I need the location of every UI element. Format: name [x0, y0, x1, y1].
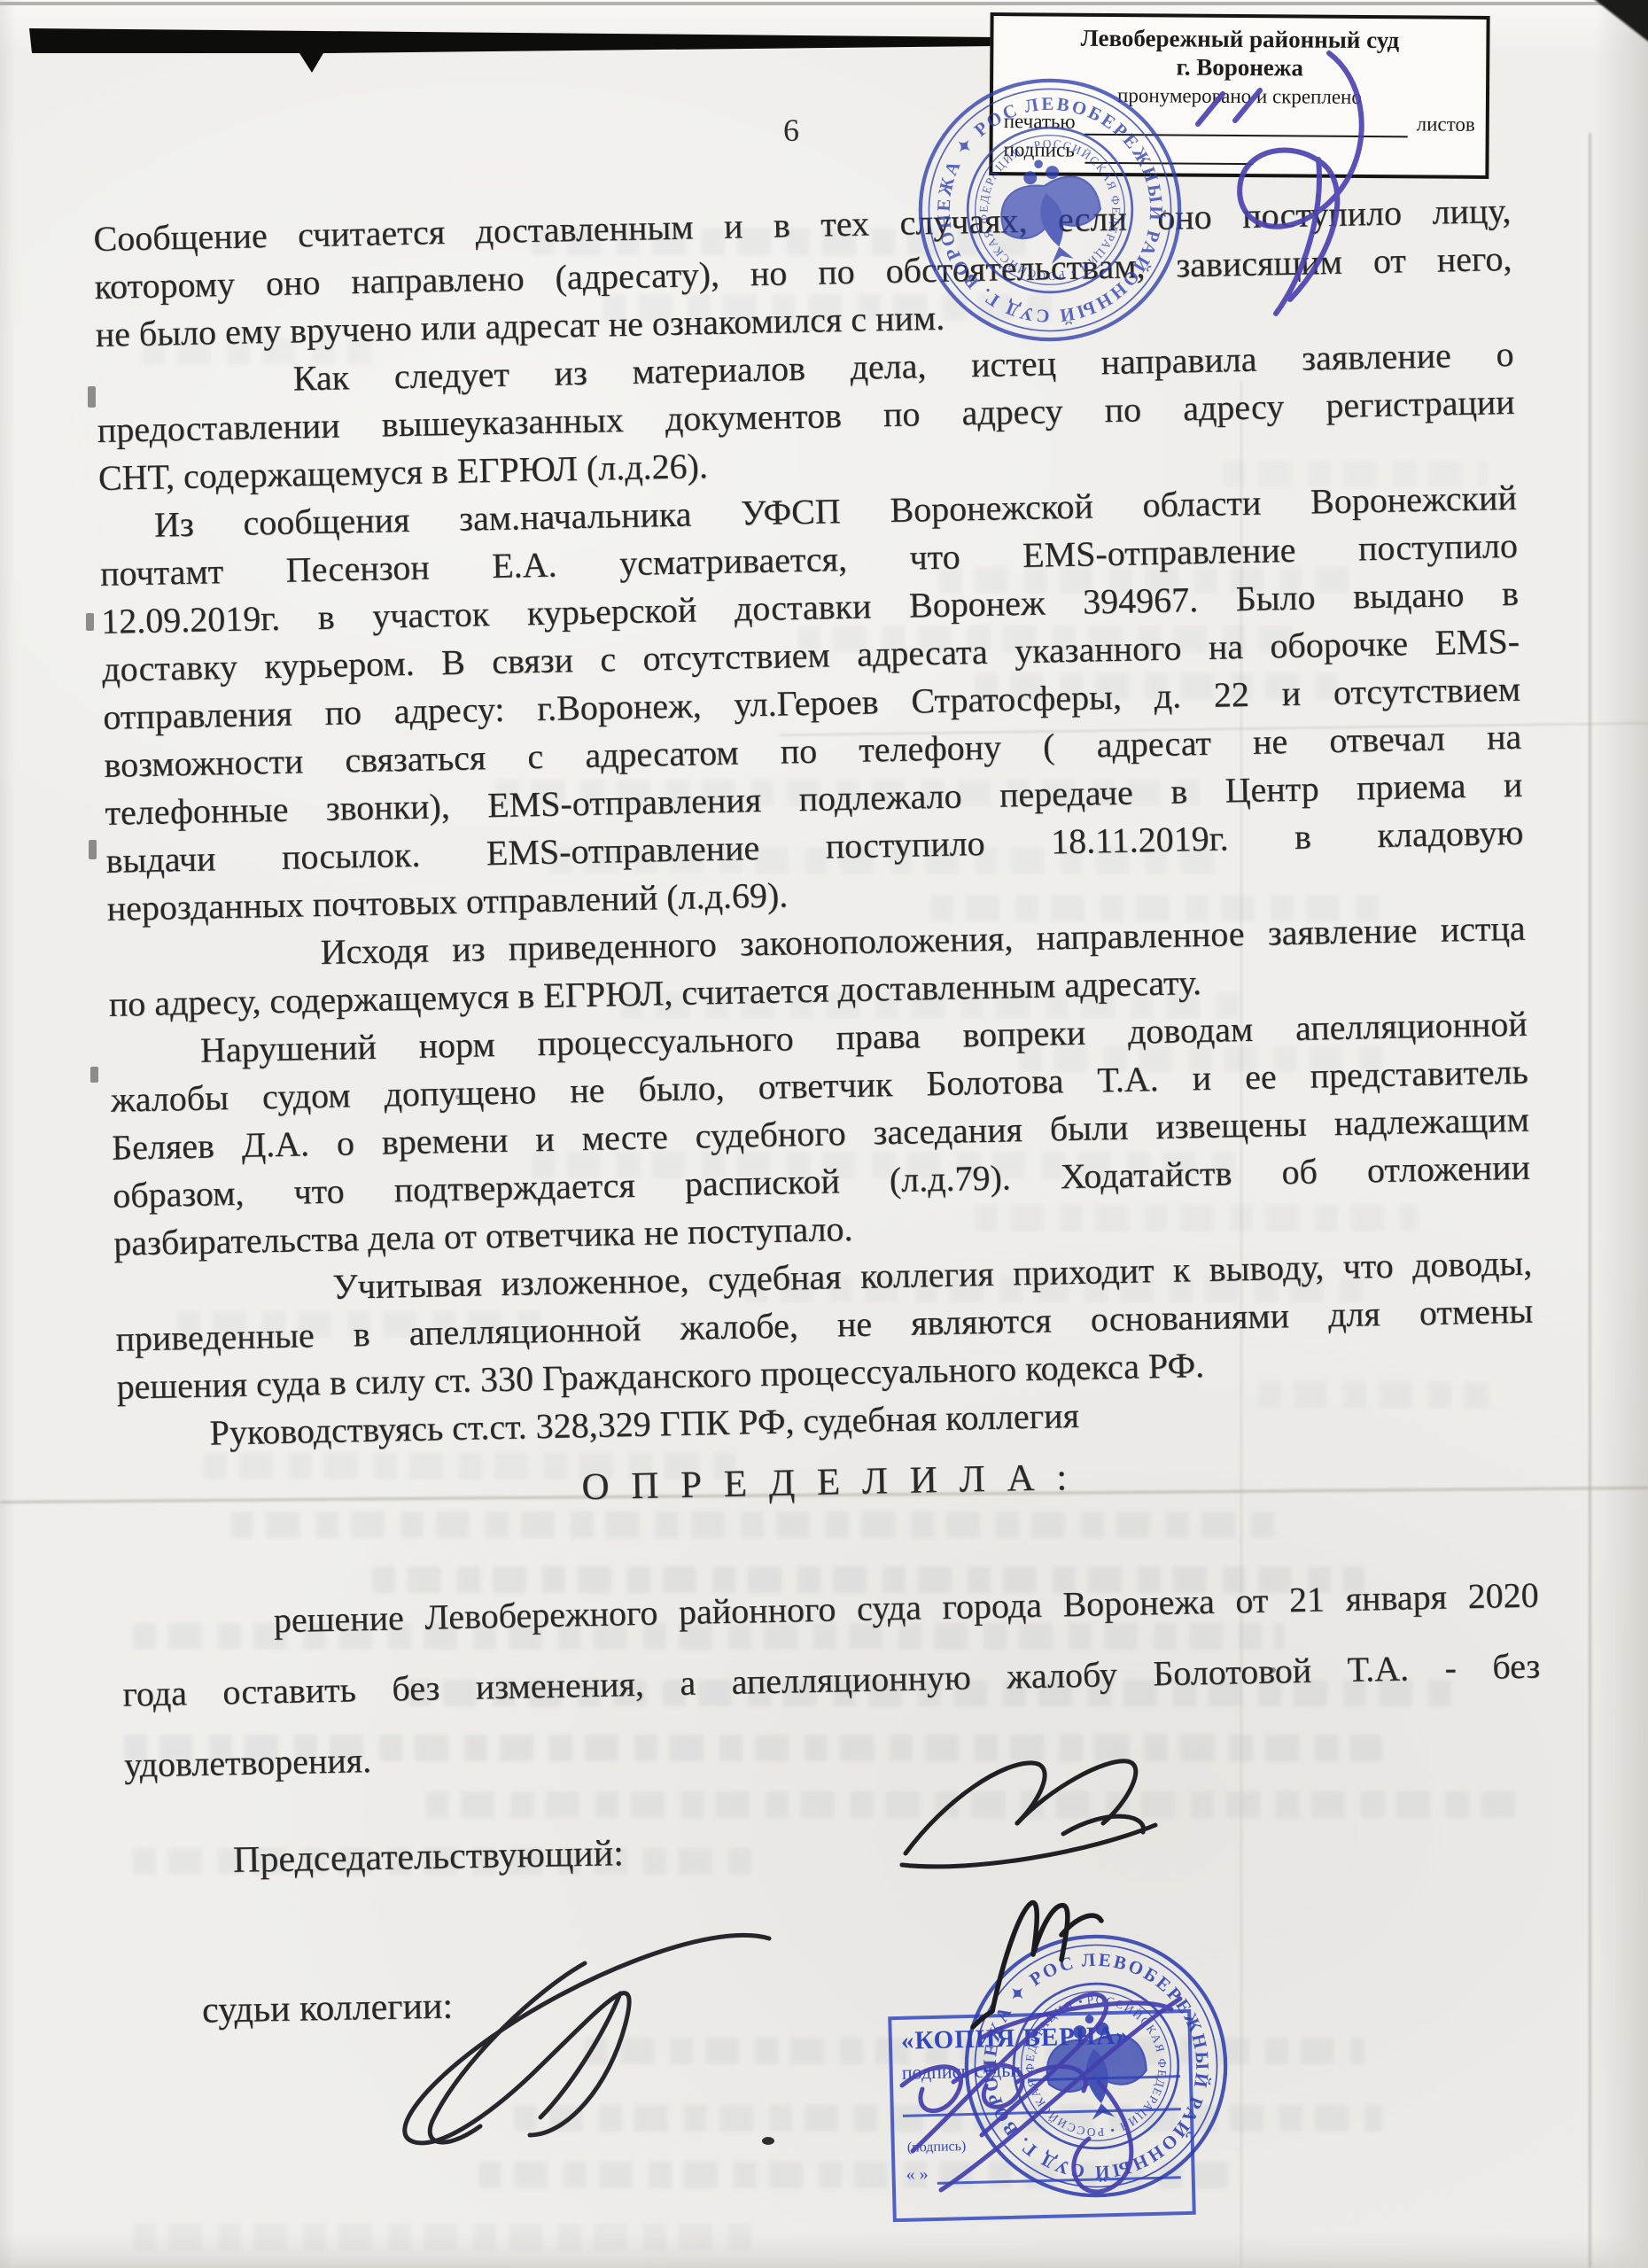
judge-signature [405, 1935, 769, 2142]
scan-edge-artifact [86, 613, 94, 631]
certification-label: Левобережный районный суд г. Воронежа пр… [989, 12, 1489, 179]
ink-speck [762, 2137, 774, 2145]
scanned-court-document-page: 6 Сообщение считается доставленным и в т… [0, 0, 1648, 2268]
scan-edge-artifact [89, 840, 97, 859]
copy-judge-signature-label: подпись судьи [901, 2059, 1021, 2085]
scan-edge-artifact [90, 1067, 98, 1083]
certification-seal-suffix: листов [1417, 111, 1475, 137]
copy-verna-stamp: «КОПИЯ ВЕРНА» подпись судьи (подпись) « … [888, 2009, 1196, 2222]
vertical-fold-crease-right [1589, 133, 1591, 2268]
judges-label: судьи коллегии: [202, 1985, 454, 2032]
certification-seal-prefix: печатью [1004, 108, 1076, 136]
certification-court-line1: Левобережный районный суд [993, 23, 1486, 55]
ink-speck [455, 1095, 460, 1099]
bleed-through-text [133, 2224, 753, 2250]
certification-signature-blank [1085, 141, 1254, 165]
certification-court-line2: г. Воронежа [993, 51, 1486, 83]
page-number: 6 [783, 112, 799, 149]
certification-numbered-text: пронумеровано и скреплено [993, 83, 1486, 110]
ruling-heading: О П Р Е Д Е Л И Л А : [118, 1445, 1536, 1521]
certification-court-name: Левобережный районный суд г. Воронежа [993, 23, 1486, 83]
certification-signature-label: подпись [1003, 136, 1074, 164]
ink-speck [1271, 1667, 1276, 1673]
copy-judge-signature-row: подпись судьи [901, 2054, 1180, 2085]
copy-judge-signature-line [1028, 2057, 1180, 2081]
scan-edge-artifact [88, 386, 96, 408]
certification-seal-row: печатью листов [1004, 108, 1475, 138]
certification-sheets-blank [1084, 113, 1408, 138]
copy-middle-rule [903, 2108, 1181, 2117]
copy-verna-title: «КОПИЯ ВЕРНА» [901, 2020, 1189, 2056]
copy-date-row: « » [906, 2158, 1180, 2186]
copy-date-line [937, 2160, 1180, 2185]
document-body: Сообщение считается доставленным и в тех… [93, 187, 1543, 1801]
chairman-label: Председательствующий: [233, 1832, 625, 1882]
bleed-through-text [425, 1791, 1524, 1818]
clerk-black-signature [973, 1903, 1101, 2027]
certification-signature-row: подпись [1003, 136, 1474, 167]
copy-date-quotes: « » [906, 2164, 929, 2186]
copy-signature-caption: (подпись) [907, 2133, 1191, 2156]
